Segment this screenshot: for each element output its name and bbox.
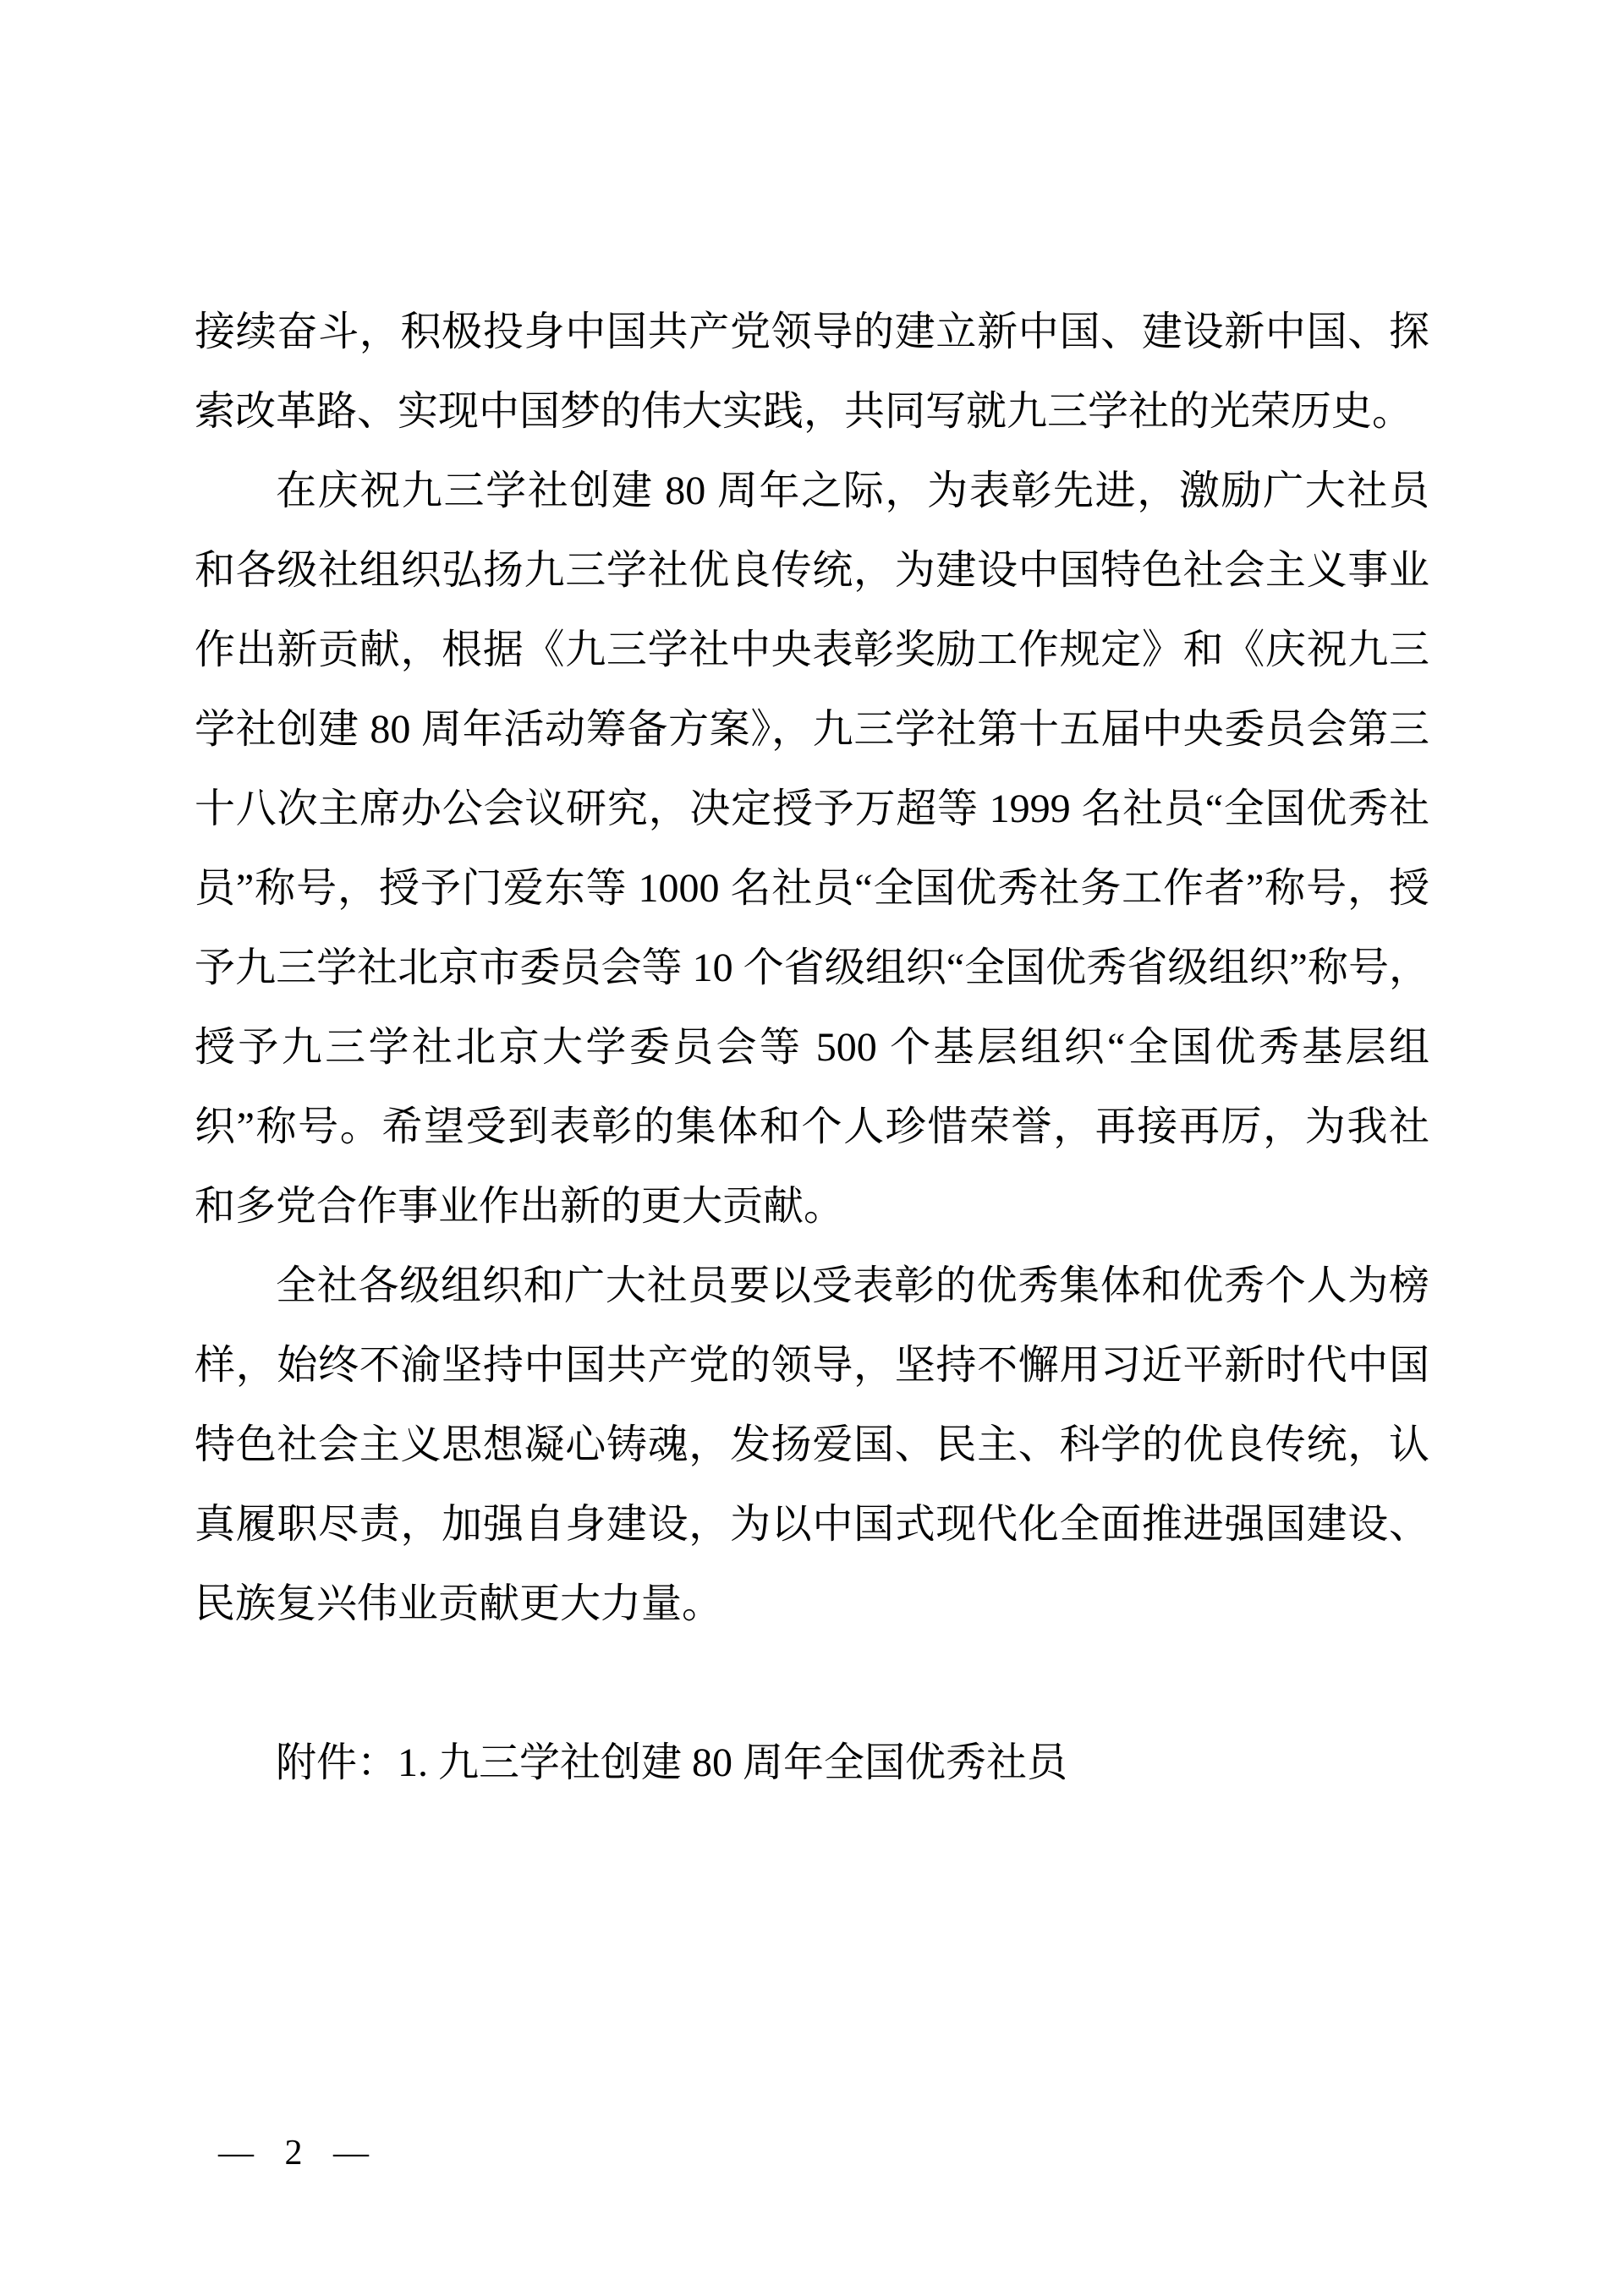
document-body: 接续奋斗，积极投身中国共产党领导的建立新中国、建设新中国、探索改革路、实现中国梦… xyxy=(195,293,1429,1803)
document-page: 接续奋斗，积极投身中国共产党领导的建立新中国、建设新中国、探索改革路、实现中国梦… xyxy=(0,0,1624,2296)
paragraph-continuation: 接续奋斗，积极投身中国共产党领导的建立新中国、建设新中国、探索改革路、实现中国梦… xyxy=(195,293,1429,452)
paragraph-commendation-decision: 在庆祝九三学社创建 80 周年之际，为表彰先进，激励广大社员和各级社组织弘扬九三… xyxy=(195,452,1429,1247)
paragraph-call-to-action: 全社各级组织和广大社员要以受表彰的优秀集体和优秀个人为榜样，始终不渝坚持中国共产… xyxy=(195,1247,1429,1644)
page-number: — 2 — xyxy=(218,2129,376,2177)
attachment-line: 附件：1. 九三学社创建 80 周年全国优秀社员 xyxy=(195,1723,1429,1803)
